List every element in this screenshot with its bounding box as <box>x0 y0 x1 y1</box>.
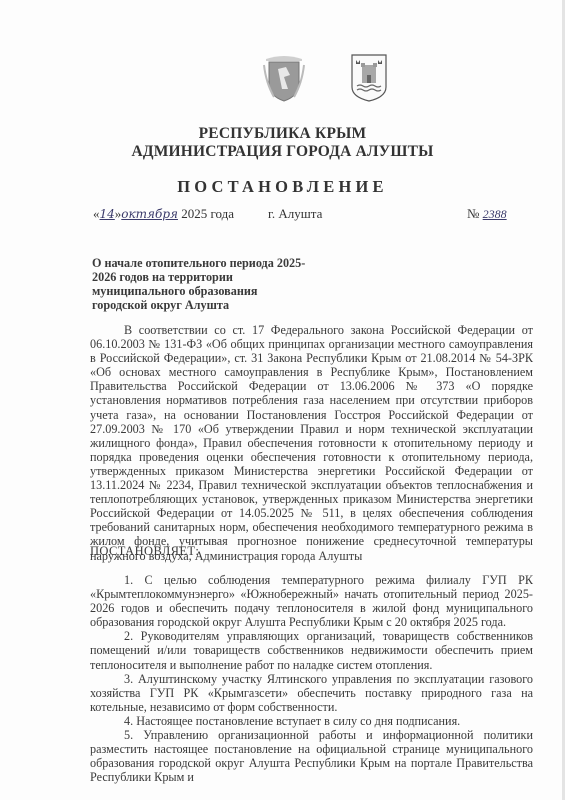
alushta-coat-of-arms-icon <box>350 53 388 103</box>
resolution-item: 3. Алуштинскому участку Ялтинского управ… <box>90 672 533 714</box>
document-place: г. Алушта <box>268 206 322 222</box>
resolution-item: 2. Руководителям управляющих организаций… <box>90 629 533 671</box>
document-date: «14»октября 2025 года <box>93 206 234 222</box>
date-day: 14 <box>100 207 115 221</box>
resolves-heading: ПОСТАНОВЛЯЕТ: <box>90 544 199 559</box>
document-type-title: ПОСТАНОВЛЕНИЕ <box>0 177 565 197</box>
document-page: РЕСПУБЛИКА КРЫМ АДМИНИСТРАЦИЯ ГОРОДА АЛУ… <box>0 0 565 800</box>
number-label: № <box>467 206 483 221</box>
resolution-item: 1. С целью соблюдения температурного реж… <box>90 573 533 629</box>
document-number: № 2388 <box>467 206 507 222</box>
republic-title: РЕСПУБЛИКА КРЫМ <box>0 125 565 143</box>
administration-title: АДМИНИСТРАЦИЯ ГОРОДА АЛУШТЫ <box>0 143 565 161</box>
resolution-item: 4. Настоящее постановление вступает в си… <box>90 714 533 728</box>
resolution-items: 1. С целью соблюдения температурного реж… <box>90 573 533 784</box>
date-year: 2025 года <box>178 206 234 221</box>
number-value: 2388 <box>483 207 507 221</box>
crimea-coat-of-arms-icon <box>262 53 306 103</box>
preamble-text: В соответствии со ст. 17 Федерального за… <box>90 323 533 563</box>
preamble: В соответствии со ст. 17 Федерального за… <box>90 323 533 563</box>
date-month: октября <box>121 207 178 221</box>
document-subject: О начале отопительного периода 2025-2026… <box>92 256 312 312</box>
resolution-item: 5. Управлению организационной работы и и… <box>90 728 533 784</box>
